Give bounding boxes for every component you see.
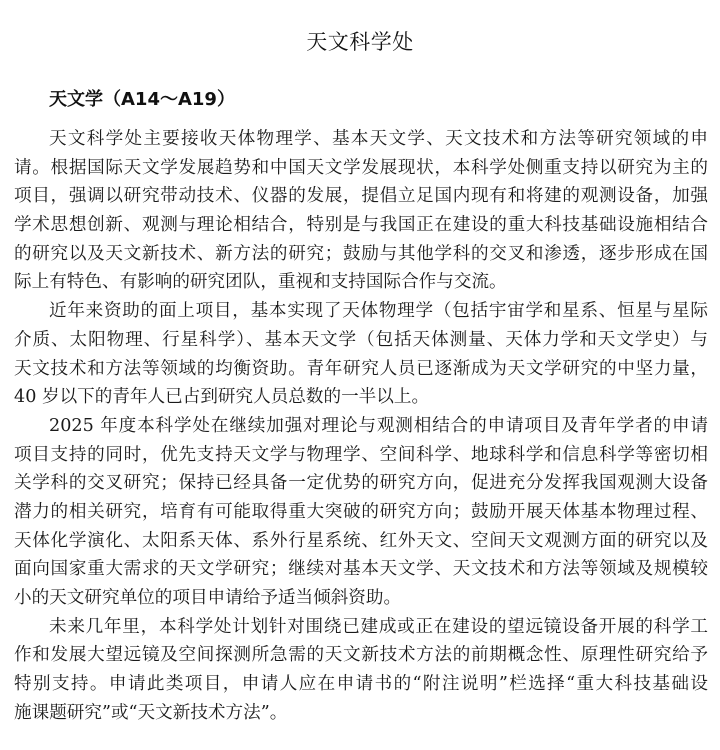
paragraph-line: 天体化学演化、太阳系天体、系外行星系统、红外天文、空间天文观测方面的研究以及 [14, 527, 708, 556]
paragraph-line: 天文技术和方法等领域的均衡资助。青年研究人员已逐渐成为天文学研究的中坚力量， [14, 355, 708, 384]
paragraph-line: 未来几年里，本科学处计划针对围绕已建成或正在建设的望远镜设备开展的科学工 [14, 613, 708, 642]
paragraph-2: 近年来资助的面上项目，基本实现了天体物理学（包括宇宙学和星系、恒星与星际 介质、… [14, 297, 708, 412]
document-page: 天文科学处 天文学（A14～A19） 天文科学处主要接收天体物理学、基本天文学、… [0, 0, 720, 750]
paragraph-line: 面向国家重大需求的天文学研究；继续对基本天文学、天文技术和方法等领域及规模较 [14, 555, 708, 584]
paragraph-line: 小的天文研究单位的项目申请给予适当倾斜资助。 [14, 584, 708, 613]
body-text: 天文科学处主要接收天体物理学、基本天文学、天文技术和方法等研究领域的申 请。根据… [14, 125, 708, 727]
paragraph-line: 作和发展大望远镜及空间探测所急需的天文新技术方法的前期概念性、原理性研究给予 [14, 641, 708, 670]
paragraph-4: 未来几年里，本科学处计划针对围绕已建成或正在建设的望远镜设备开展的科学工 作和发… [14, 613, 708, 728]
paragraph-line: 项目支持的同时，优先支持天文学与物理学、空间科学、地球科学和信息科学等密切相 [14, 441, 708, 470]
paragraph-line: 潜力的相关研究，培育有可能取得重大突破的研究方向；鼓励开展天体基本物理过程、 [14, 498, 708, 527]
paragraph-line: 施课题研究”或“天文新技术方法”。 [14, 699, 708, 728]
paragraph-line: 2025 年度本科学处在继续加强对理论与观测相结合的申请项目及青年学者的申请 [14, 412, 708, 441]
paragraph-line: 近年来资助的面上项目，基本实现了天体物理学（包括宇宙学和星系、恒星与星际 [14, 297, 708, 326]
paragraph-line: 关学科的交叉研究；保持已经具备一定优势的研究方向，促进充分发挥我国观测大设备 [14, 469, 708, 498]
paragraph-3: 2025 年度本科学处在继续加强对理论与观测相结合的申请项目及青年学者的申请 项… [14, 412, 708, 613]
paragraph-line: 介质、太阳物理、行星科学）、基本天文学（包括天体测量、天体力学和天文学史）与 [14, 326, 708, 355]
paragraph-1: 天文科学处主要接收天体物理学、基本天文学、天文技术和方法等研究领域的申 请。根据… [14, 125, 708, 297]
page-title: 天文科学处 [0, 27, 720, 57]
section-heading: 天文学（A14～A19） [49, 86, 235, 114]
paragraph-line: 特别支持。申请此类项目，申请人应在申请书的“附注说明”栏选择“重大科技基础设 [14, 670, 708, 699]
paragraph-line: 天文科学处主要接收天体物理学、基本天文学、天文技术和方法等研究领域的申 [14, 125, 708, 154]
paragraph-line: 际上有特色、有影响的研究团队，重视和支持国际合作与交流。 [14, 268, 708, 297]
paragraph-line: 项目，强调以研究带动技术、仪器的发展，提倡立足国内现有和将建的观测设备，加强 [14, 182, 708, 211]
paragraph-line: 学术思想创新、观测与理论相结合，特别是与我国正在建设的重大科技基础设施相结合 [14, 211, 708, 240]
paragraph-line: 的研究以及天文新技术、新方法的研究；鼓励与其他学科的交叉和渗透，逐步形成在国 [14, 240, 708, 269]
paragraph-line: 40 岁以下的青年人已占到研究人员总数的一半以上。 [14, 383, 708, 412]
paragraph-line: 请。根据国际天文学发展趋势和中国天文学发展现状，本科学处侧重支持以研究为主的 [14, 154, 708, 183]
